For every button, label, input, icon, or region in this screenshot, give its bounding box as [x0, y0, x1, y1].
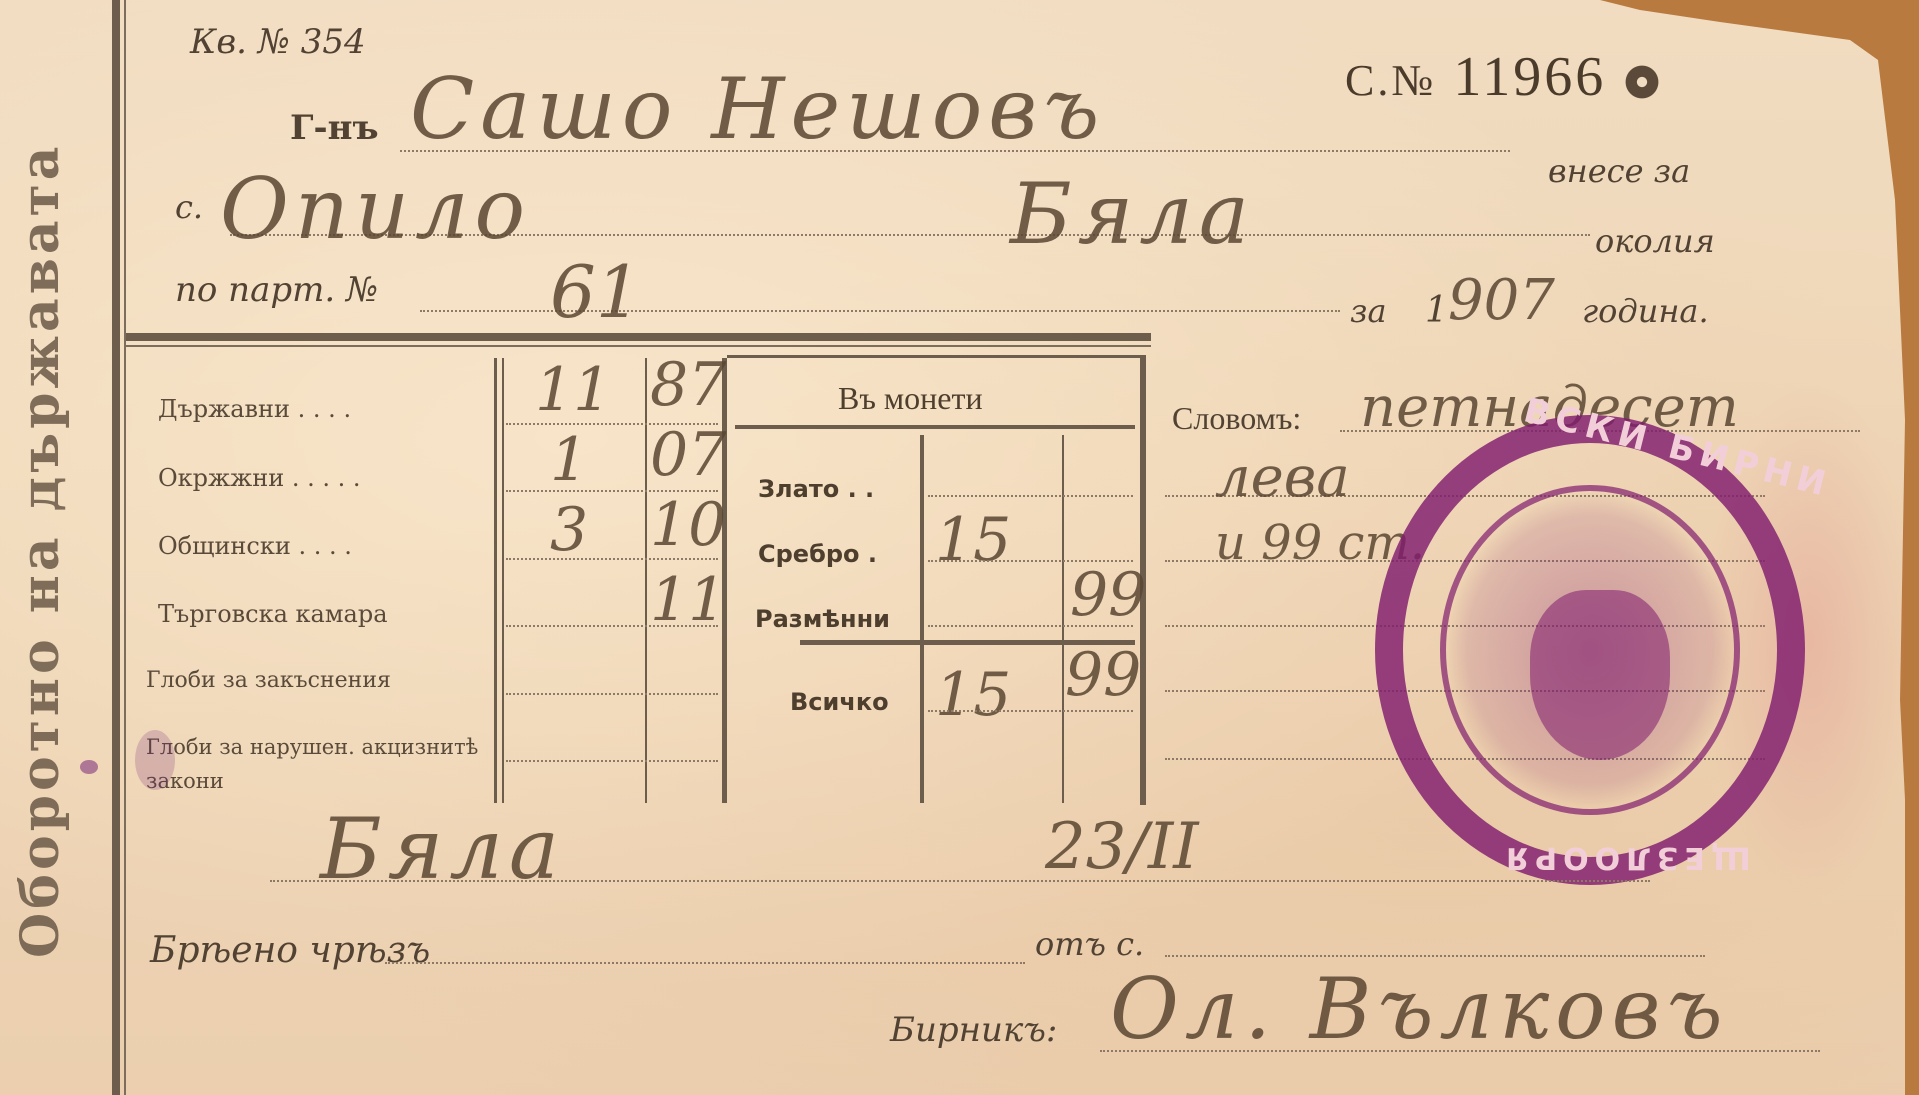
tax-row-dotted	[506, 558, 718, 560]
coins-title: Въ монети	[838, 380, 983, 417]
coin-row-stotinki: 99	[1070, 560, 1146, 630]
tax-row-dotted	[506, 693, 718, 695]
coin-total-label: Всичко	[790, 688, 889, 716]
coin-total-leva: 15	[935, 660, 1011, 730]
stamp-text-bottom: ЩЕЗЛООРЯ	[1500, 840, 1751, 875]
account-label: по парт. №	[175, 270, 378, 310]
coin-row-label: Сребро .	[758, 540, 877, 568]
tax-row-stotinki: 07	[650, 420, 726, 490]
from-village-dotted	[1165, 955, 1705, 957]
serial-number: 11966	[1453, 46, 1606, 108]
from-village-label: отъ с.	[1035, 925, 1144, 963]
lion-emblem-icon	[1530, 590, 1670, 760]
ink-spot	[80, 760, 98, 774]
tax-row-leva: 1	[550, 425, 588, 495]
coin-total-stotinki: 99	[1065, 640, 1141, 710]
year-prefix: за	[1350, 292, 1387, 330]
delivered-by-dotted	[385, 962, 1025, 964]
receipt-number-label: Кв. № 354	[190, 22, 366, 62]
collector-signature: Ол. Вълковъ	[1110, 960, 1729, 1058]
coin-row-leva: 15	[935, 505, 1011, 575]
payer-name-handwritten: Сашо Нешовъ	[410, 60, 1105, 158]
place-handwritten: Бяла	[320, 800, 565, 898]
account-number: 61	[550, 250, 642, 334]
tax-row-label: Глоби за закъснения	[146, 668, 391, 693]
tax-row-stotinki: 87	[650, 350, 726, 420]
district-handwritten: Бяла	[1010, 165, 1255, 263]
coin-row-dotted	[928, 710, 1133, 712]
payer-label: Г-нъ	[290, 108, 379, 148]
receipt-number: 354	[301, 22, 366, 62]
table-top-rule-thin	[126, 345, 1151, 347]
coins-col-leva	[920, 435, 924, 803]
tax-row-label: Глоби за нарушен. акцизнитѣ закони	[146, 730, 486, 798]
coin-row-label: Размѣнни	[755, 605, 890, 633]
collector-label: Бирникъ:	[890, 1010, 1057, 1050]
serial-label: С.№	[1345, 56, 1436, 105]
in-words-line-2: лева	[1215, 445, 1350, 510]
col-divider-labels	[494, 358, 497, 803]
tax-row-leva: 11	[535, 355, 611, 425]
serial-number-block: С.№ 11966	[1345, 45, 1661, 109]
side-stub-text: Оборотно на държавата	[10, 30, 90, 1070]
tax-row-dotted	[506, 625, 718, 627]
tax-row-label: Държавни . . . .	[158, 395, 351, 423]
tax-row-stotinki: 10	[650, 490, 726, 560]
tax-row-label: Окржжни . . . . .	[158, 464, 360, 492]
coins-header-rule	[735, 425, 1135, 429]
tax-row-label: Общински . . . .	[158, 532, 352, 560]
village-label: с.	[175, 188, 203, 226]
rosette-icon	[1623, 63, 1661, 101]
paid-for-label: внесе за	[1548, 152, 1690, 190]
district-label: околия	[1595, 222, 1715, 260]
ink-spot	[135, 730, 175, 790]
in-words-label: Словомъ:	[1172, 400, 1301, 437]
coin-row-label: Злато . .	[758, 475, 874, 503]
tax-row-label: Търговска камара	[158, 600, 388, 628]
left-border-rule	[112, 0, 120, 1095]
coin-row-dotted	[928, 495, 1133, 497]
tax-row-dotted	[506, 760, 718, 762]
table-top-rule	[126, 333, 1151, 341]
date-handwritten: 23/II	[1045, 810, 1199, 884]
left-border-rule-thin	[124, 0, 126, 1095]
coin-row-dotted	[928, 625, 1133, 627]
year-printed-digit: 1	[1425, 290, 1448, 331]
coins-col-stotinki	[1062, 435, 1064, 803]
year-handwritten: 907	[1448, 268, 1555, 333]
village-handwritten: Опило	[220, 160, 531, 258]
receipt-number-prefix: Кв. №	[190, 22, 290, 62]
tax-row-leva: 3	[550, 495, 588, 565]
delivered-by-label: Брѣено чрѣзъ	[150, 930, 430, 971]
year-suffix: година.	[1582, 292, 1709, 330]
coins-box-top	[727, 355, 1140, 358]
col-divider-labels-thin	[502, 358, 504, 803]
